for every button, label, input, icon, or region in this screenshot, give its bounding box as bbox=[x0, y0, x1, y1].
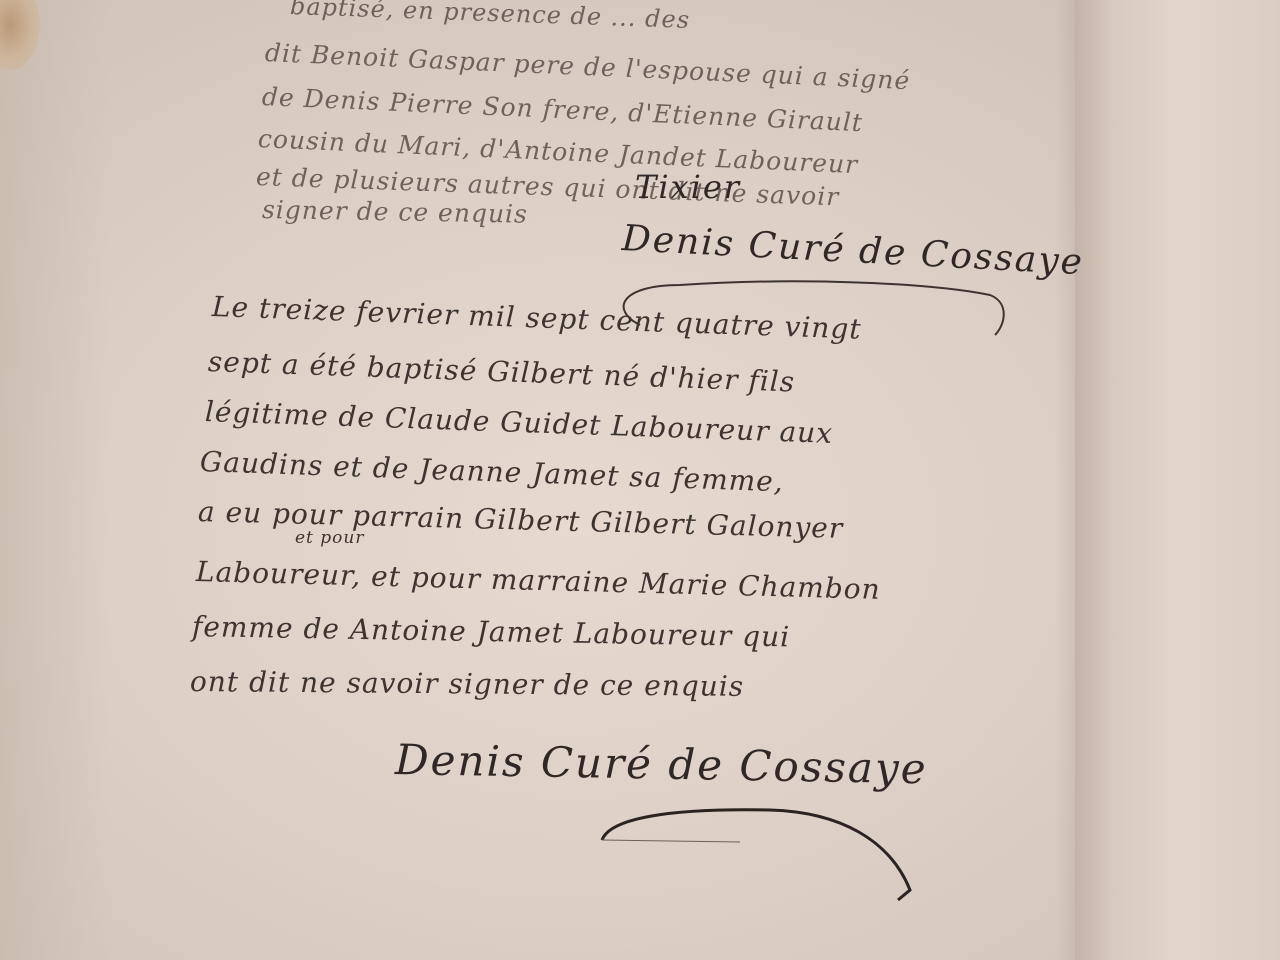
signature-flourish bbox=[580, 800, 940, 910]
entry-line-6: Laboureur, et pour marraine Marie Chambo… bbox=[196, 555, 882, 606]
prev-entry-line-1: baptisé, en presence de ... des bbox=[290, 0, 691, 34]
witness-signature: Tixier bbox=[635, 168, 741, 206]
document-photo: baptisé, en presence de ... des dit Beno… bbox=[0, 0, 1280, 960]
interlinear-insertion: et pour bbox=[295, 528, 365, 548]
entry-line-4: Gaudins et de Jeanne Jamet sa femme, bbox=[199, 445, 784, 498]
prev-entry-line-6: signer de ce enquis bbox=[262, 195, 528, 229]
page-fold-shading bbox=[0, 0, 110, 960]
facing-page bbox=[1075, 0, 1280, 960]
entry-line-8: ont dit ne savoir signer de ce enquis bbox=[190, 665, 744, 703]
priest-signature: Denis Curé de Cossaye bbox=[395, 735, 928, 793]
entry-line-7: femme de Antoine Jamet Laboureur qui bbox=[192, 610, 791, 653]
entry-line-3: légitime de Claude Guidet Laboureur aux bbox=[204, 395, 833, 450]
